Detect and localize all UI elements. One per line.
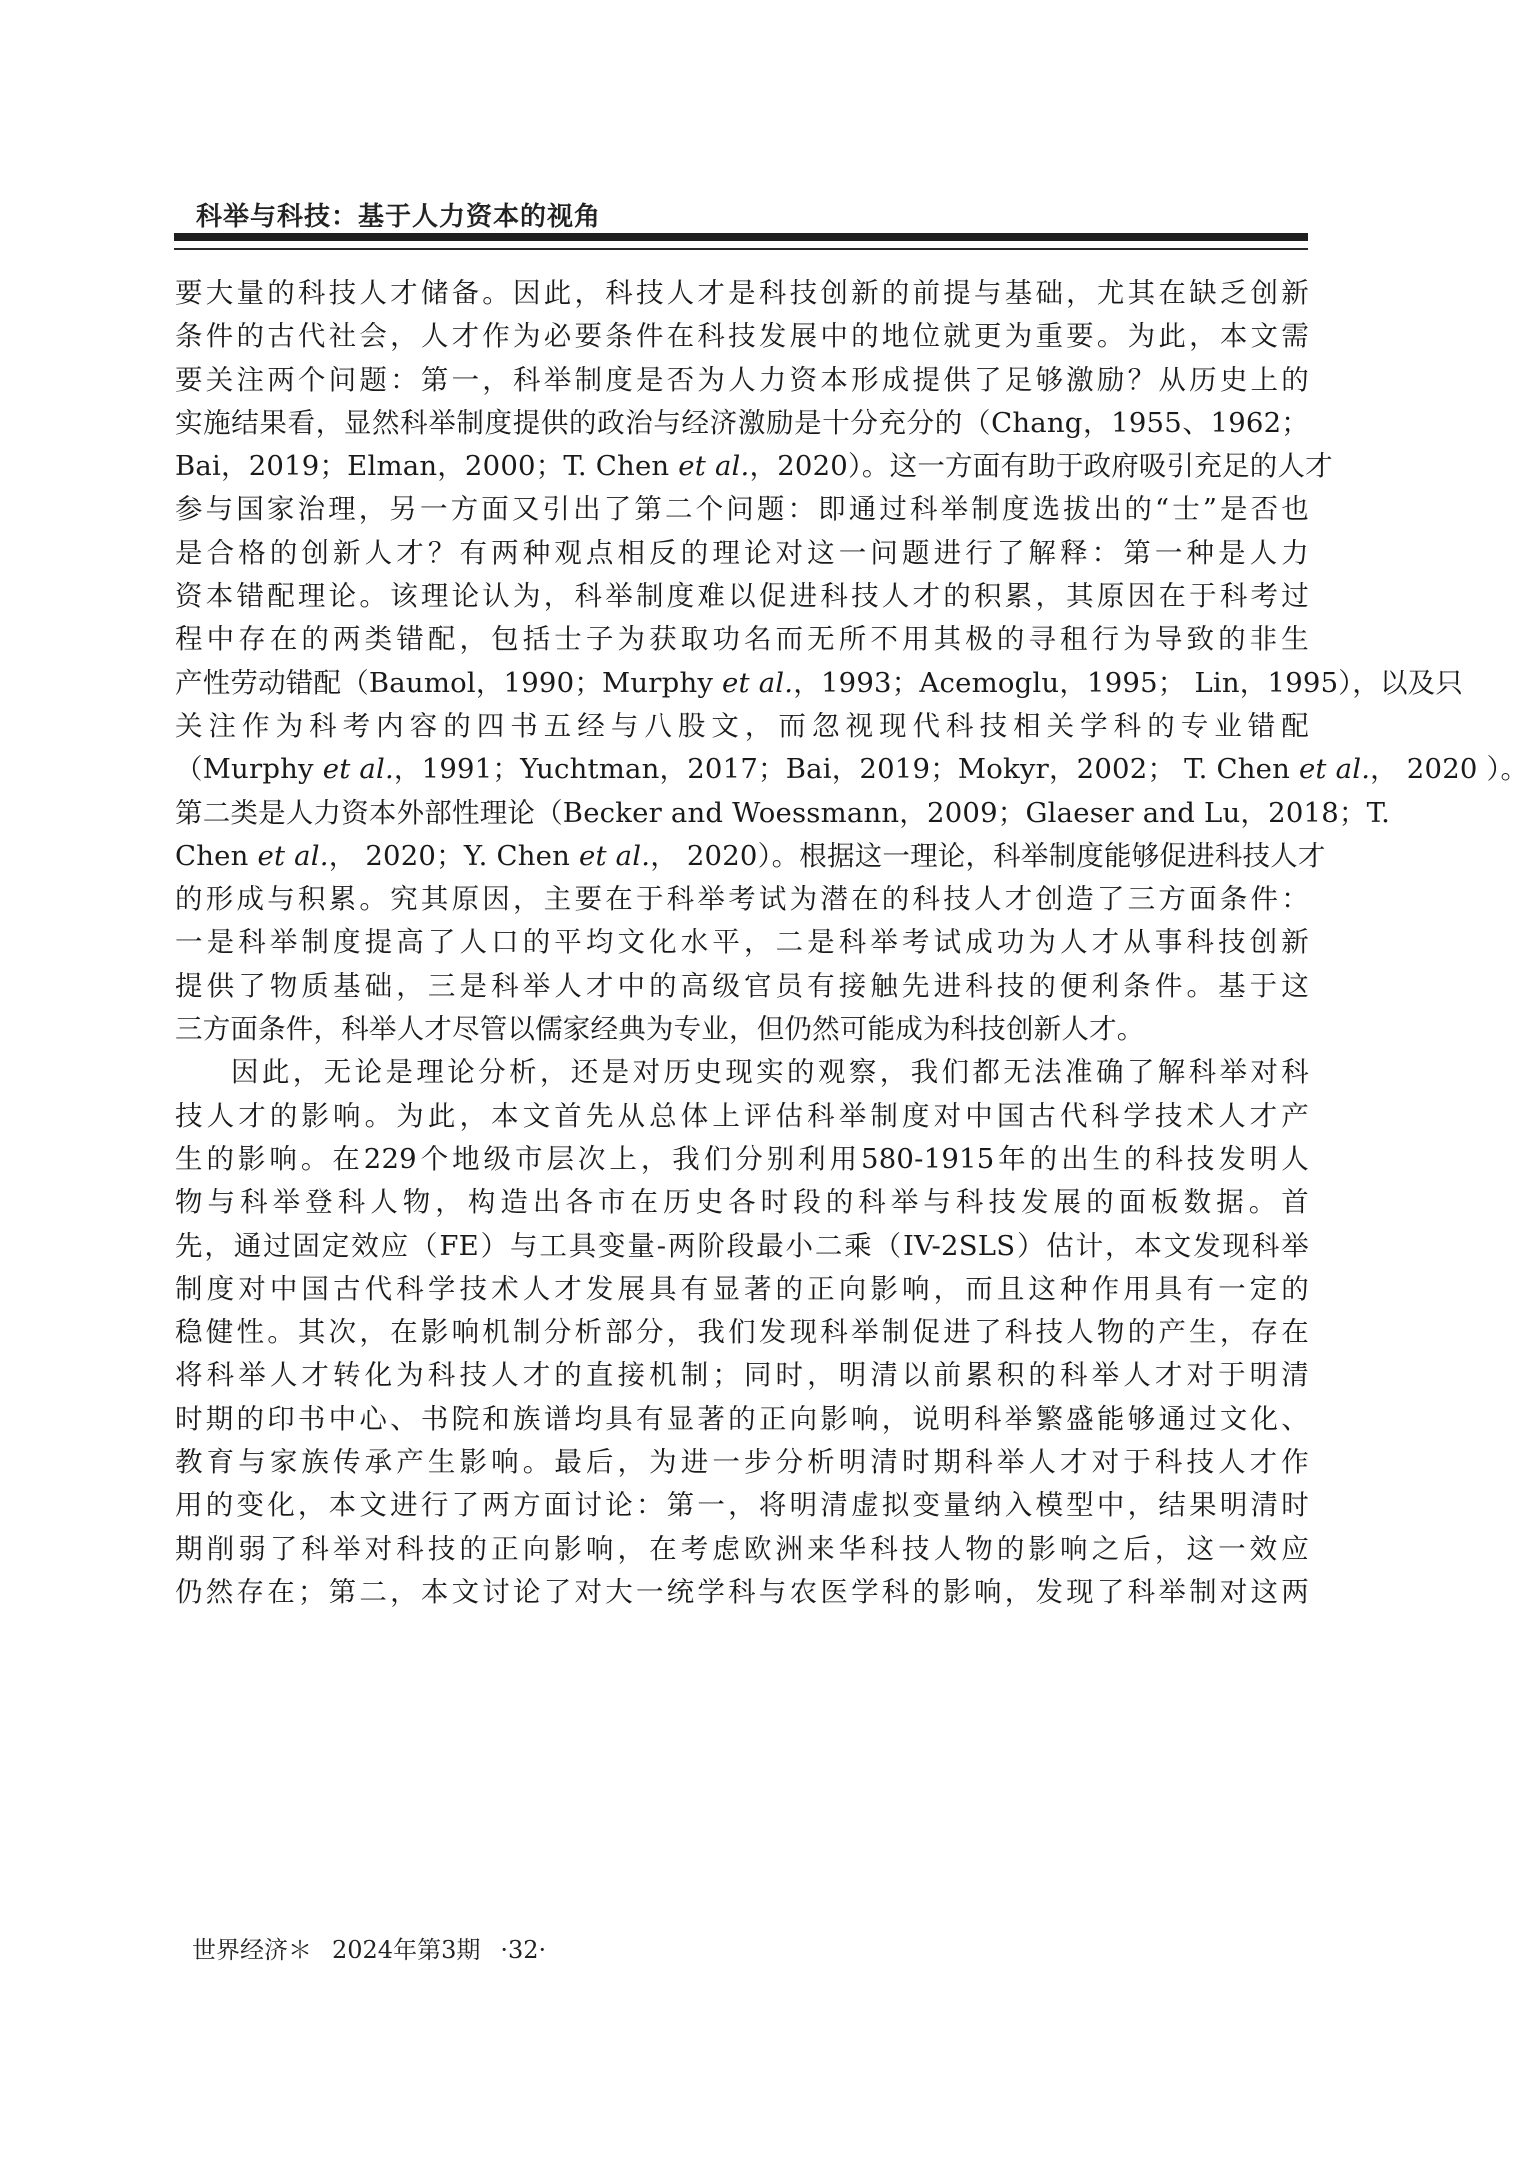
text-line: 仍然存在；第二，本文讨论了对大一统学科与农医学科的影响，发现了科举制对这两: [175, 1571, 1309, 1614]
text-line: 生的影响。在229个地级市层次上，我们分别利用580-1915年的出生的科技发明…: [175, 1138, 1309, 1181]
text-line: 物与科举登科人物，构造出各市在历史各时段的科举与科技发展的面板数据。首: [175, 1181, 1309, 1224]
text-line: 时期的印书中心、书院和族谱均具有显著的正向影响，说明科举繁盛能够通过文化、: [175, 1398, 1309, 1441]
text-line: 期削弱了科举对科技的正向影响，在考虑欧洲来华科技人物的影响之后，这一效应: [175, 1528, 1309, 1571]
header-rule-thin: [174, 248, 1308, 250]
header-rule-thick: [174, 233, 1308, 241]
page-number: ·32·: [500, 1936, 546, 1964]
text-line: 实施结果看，显然科举制度提供的政治与经济激励是十分充分的（Chang，1955、…: [175, 402, 1309, 445]
body-text: 要大量的科技人才储备。因此，科技人才是科技创新的前提与基础，尤其在缺乏创新条件的…: [175, 272, 1309, 1614]
text-line: 技人才的影响。为此，本文首先从总体上评估科举制度对中国古代科学技术人才产: [175, 1095, 1309, 1138]
text-line: 要关注两个问题：第一，科举制度是否为人力资本形成提供了足够激励？从历史上的: [175, 359, 1309, 402]
text-line: 用的变化，本文进行了两方面讨论：第一，将明清虚拟变量纳入模型中，结果明清时: [175, 1484, 1309, 1527]
text-line: 稳健性。其次，在影响机制分析部分，我们发现科举制促进了科技人物的产生，存在: [175, 1311, 1309, 1354]
text-line: 条件的古代社会，人才作为必要条件在科技发展中的地位就更为重要。为此，本文需: [175, 315, 1309, 358]
issue-number: 2024年第3期: [332, 1936, 480, 1964]
text-line: 第二类是人力资本外部性理论（Becker and Woessmann，2009；…: [175, 792, 1309, 835]
text-line: 是合格的创新人才？有两种观点相反的理论对这一问题进行了解释：第一种是人力: [175, 532, 1309, 575]
text-line: 参与国家治理，另一方面又引出了第二个问题：即通过科举制度选拔出的“士”是否也: [175, 488, 1309, 531]
text-line: 教育与家族传承产生影响。最后，为进一步分析明清时期科举人才对于科技人才作: [175, 1441, 1309, 1484]
text-line: 的形成与积累。究其原因，主要在于科举考试为潜在的科技人才创造了三方面条件：: [175, 878, 1309, 921]
page-footer: 世界经济＊2024年第3期·32·: [192, 1930, 566, 1965]
text-line: 三方面条件，科举人才尽管以儒家经典为专业，但仍然可能成为科技创新人才。: [175, 1008, 1309, 1051]
text-line: 制度对中国古代科学技术人才发展具有显著的正向影响，而且这种作用具有一定的: [175, 1268, 1309, 1311]
text-line: Bai，2019；Elman，2000；T. Chen et al.，2020）…: [175, 445, 1309, 488]
text-line: 资本错配理论。该理论认为，科举制度难以促进科技人才的积累，其原因在于科考过: [175, 575, 1309, 618]
text-line: Chen et al.， 2020；Y. Chen et al.， 2020）。…: [175, 835, 1309, 878]
text-line: 一是科举制度提高了人口的平均文化水平，二是科举考试成功为人才从事科技创新: [175, 921, 1309, 964]
text-line: （Murphy et al.，1991；Yuchtman，2017；Bai，20…: [175, 748, 1309, 791]
text-line: 因此，无论是理论分析，还是对历史现实的观察，我们都无法准确了解科举对科: [175, 1051, 1309, 1094]
text-line: 关注作为科考内容的四书五经与八股文，而忽视现代科技相关学科的专业错配: [175, 705, 1309, 748]
journal-name: 世界经济＊: [192, 1936, 312, 1964]
text-line: 提供了物质基础，三是科举人才中的高级官员有接触先进科技的便利条件。基于这: [175, 965, 1309, 1008]
running-head: 科举与科技：基于人力资本的视角: [196, 196, 601, 233]
text-line: 要大量的科技人才储备。因此，科技人才是科技创新的前提与基础，尤其在缺乏创新: [175, 272, 1309, 315]
text-line: 先，通过固定效应（FE）与工具变量-两阶段最小二乘（IV-2SLS）估计，本文发…: [175, 1225, 1309, 1268]
text-line: 产性劳动错配（Baumol，1990；Murphy et al.，1993；Ac…: [175, 662, 1309, 705]
text-line: 程中存在的两类错配，包括士子为获取功名而无所不用其极的寻租行为导致的非生: [175, 618, 1309, 661]
text-line: 将科举人才转化为科技人才的直接机制；同时，明清以前累积的科举人才对于明清: [175, 1354, 1309, 1397]
